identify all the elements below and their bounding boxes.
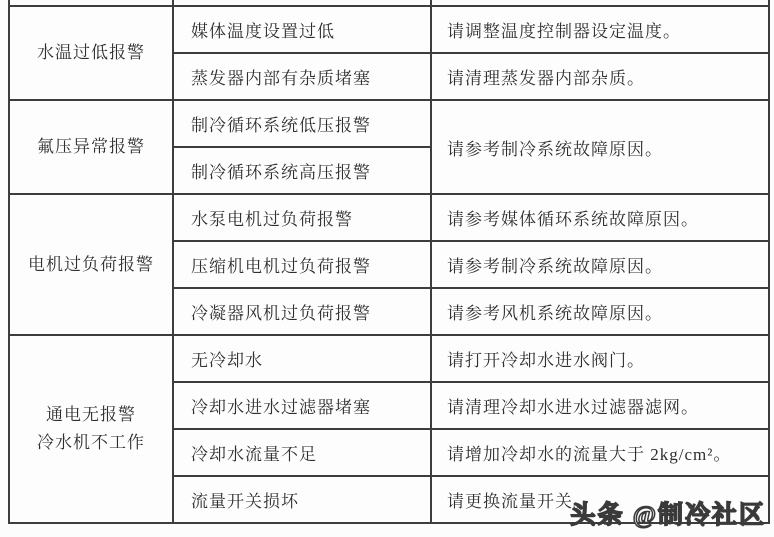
cause-cell: 制冷循环系统高压报警 [173,147,431,194]
cause-cell: 冷却水流量不足 [173,429,431,476]
cause-cell: 冷凝器风机过负荷报警 [173,288,431,335]
cause-cell: 流量开关损坏 [173,476,431,523]
solution-cell: 请参考制冷系统故障原因。 [431,100,769,194]
solution-cell: 请参考风机系统故障原因。 [431,288,769,335]
table-row: 氟压异常报警 制冷循环系统低压报警 请参考制冷系统故障原因。 [9,100,769,147]
fault-troubleshooting-table: 水温过低报警 媒体温度设置过低 请调整温度控制器设定温度。 蒸发器内部有杂质堵塞… [8,0,770,524]
cause-cell: 水泵电机过负荷报警 [173,194,431,241]
fault-category-cell: 电机过负荷报警 [9,194,173,335]
table-row: 电机过负荷报警 水泵电机过负荷报警 请参考媒体循环系统故障原因。 [9,194,769,241]
solution-cell: 请清理蒸发器内部杂质。 [431,53,769,100]
cause-cell: 制冷循环系统低压报警 [173,100,431,147]
cause-cell: 蒸发器内部有杂质堵塞 [173,53,431,100]
solution-cell: 请参考制冷系统故障原因。 [431,241,769,288]
cause-cell: 压缩机电机过负荷报警 [173,241,431,288]
solution-cell: 请参考媒体循环系统故障原因。 [431,194,769,241]
fault-category-line1: 通电无报警 [10,401,172,429]
table-row: 通电无报警 冷水机不工作 无冷却水 请打开冷却水进水阀门。 [9,335,769,382]
page: 水温过低报警 媒体温度设置过低 请调整温度控制器设定温度。 蒸发器内部有杂质堵塞… [0,0,774,537]
solution-cell: 请打开冷却水进水阀门。 [431,335,769,382]
solution-cell: 请增加冷却水的流量大于 2kg/cm²。 [431,429,769,476]
fault-category-cell: 通电无报警 冷水机不工作 [9,335,173,523]
table-row: 水温过低报警 媒体温度设置过低 请调整温度控制器设定温度。 [9,6,769,53]
fault-category-line2: 冷水机不工作 [10,429,172,457]
watermark-toutiao-zhileng-shequ: 头条 @制冷社区 [570,495,766,531]
solution-cell: 请清理冷却水进水过滤器滤网。 [431,382,769,429]
fault-category-cell: 氟压异常报警 [9,100,173,194]
fault-category-cell: 水温过低报警 [9,6,173,100]
solution-cell: 请调整温度控制器设定温度。 [431,6,769,53]
cause-cell: 媒体温度设置过低 [173,6,431,53]
cause-cell: 无冷却水 [173,335,431,382]
cause-cell: 冷却水进水过滤器堵塞 [173,382,431,429]
